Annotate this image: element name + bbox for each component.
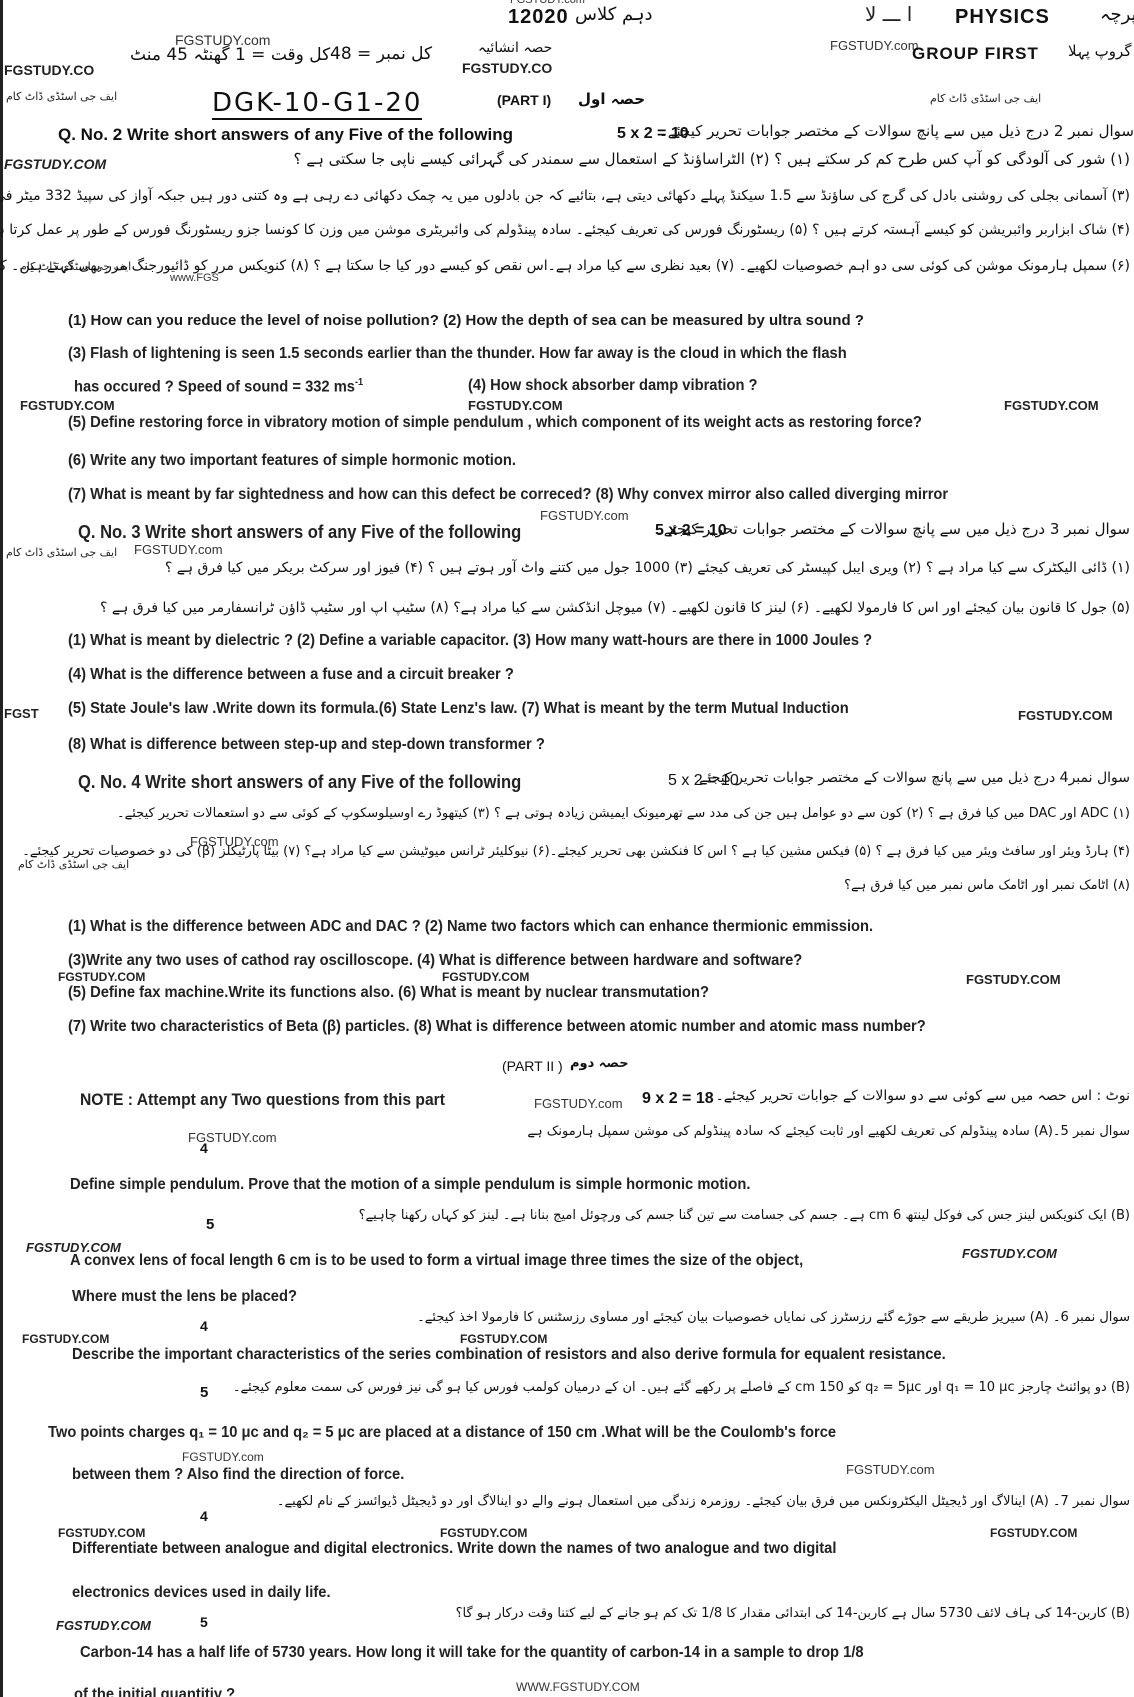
q6b-english: between them ? Also find the direction o… [72,1466,404,1484]
q7b-urdu: (B) کاربن-14 کی ہاف لائف 5730 سال ہے کار… [456,1606,1130,1621]
superscript: -1 [355,377,363,388]
watermark: FGSTUDY.com [830,38,919,53]
section-type: حصہ انشائیہ [478,40,552,56]
q2-heading-urdu: سوال نمبر 2 درج ذیل میں سے پانچ سوالات ک… [659,122,1134,140]
part-label-urdu: حصہ اول [578,90,645,108]
q6a-marks: 4 [200,1318,208,1334]
q2-urdu-line: (۱) شور کی آلودگی کو آپ کس طرح کم کر سکت… [294,150,1130,168]
q6b-english: Two points charges q₁ = 10 μc and q₂ = 5… [48,1424,836,1442]
q2-english-line: (6) Write any two important features of … [68,452,516,470]
q2-english-line: (1) How can you reduce the level of nois… [68,312,864,329]
q3-heading: Q. No. 3 Write short answers of any Five… [78,522,521,543]
q4-english-line: (5) Define fax machine.Write its functio… [68,984,709,1002]
watermark: FGSTUDY.com [534,1096,623,1111]
watermark: FGSTUDY.COM [58,1526,145,1540]
q4-heading: Q. No. 4 Write short answers of any Five… [78,772,521,793]
watermark: FGSTUDY.COM [990,1526,1077,1540]
q7a-english: electronics devices used in daily life. [72,1584,331,1602]
subject-urdu: پرچہ [1100,4,1134,25]
watermark: FGSTUDY.COM [20,398,115,413]
q4-heading-urdu: سوال نمبر4 درج ذیل میں سے پانچ سوالات کے… [699,770,1130,786]
watermark-urdu: ایف جی اسٹڈی ڈاٹ کام [930,92,1041,105]
paper-code: 12020 [508,6,569,29]
watermark: FGST [4,706,39,721]
watermark: FGSTUDY.COM [58,970,145,984]
q2-urdu-line: (۳) آسمانی بجلی کی روشنی بادل کی گرج کی … [0,188,1130,204]
watermark: FGSTUDY.COM [468,398,563,413]
q2-english-line: (7) What is meant by far sightedness and… [68,486,948,504]
watermark: FGSTUDY.COM [962,1246,1057,1261]
watermark: FGSTUDY.COM [4,156,106,172]
group-label: GROUP FIRST [912,44,1039,64]
q2-english-line: (3) Flash of lightening is seen 1.5 seco… [68,345,847,363]
part-label: (PART I) [497,92,551,108]
q5b-english: Where must the lens be placed? [72,1288,297,1306]
watermark: FGSTUDY.CO [462,60,552,76]
q2-heading: Q. No. 2 Write short answers of any Five… [58,125,513,145]
q2-urdu-line: (۴) شاک ابزاربر وائبریشن کو کیسے آہستہ ک… [0,222,1130,238]
q6a-urdu: سوال نمبر 6۔ (A) سیریز طریقے سے جوڑے گئے… [417,1310,1130,1325]
q2-english-line: (4) How shock absorber damp vibration ? [468,377,758,395]
q5b-urdu: (B) ایک کنویکس لینز جس کی فوکل لینتھ 6 c… [359,1208,1130,1223]
q6a-english: Describe the important characteristics o… [72,1346,946,1364]
q6b-marks: 5 [200,1384,208,1401]
watermark-urdu: ایف جی اسٹڈی ڈاٹ کام [18,858,129,871]
q5a-english: Define simple pendulum. Prove that the m… [70,1176,750,1194]
part2-label: (PART II ) [502,1058,563,1074]
q2-urdu-line: (۶) سمپل ہارمونک موشن کی کوئی سی دو اہم … [0,258,1130,274]
watermark: FGSTUDY.COM [1004,398,1099,413]
q5b-marks: 5 [206,1216,214,1233]
watermark: FGSTUDY.com [134,542,223,557]
q3-english-line: (5) State Joule's law .Write down its fo… [68,700,849,718]
watermark: WWW.FGSTUDY.COM [516,1680,640,1694]
watermark: FGSTUDY.com [846,1462,935,1477]
q5a-marks: 4 [200,1140,208,1156]
q7a-marks: 4 [200,1508,208,1524]
q2-english-line: (5) Define restoring force in vibratory … [68,414,922,432]
watermark: FGSTUDY.COM [966,972,1061,987]
group-urdu: گروپ پہلا [1068,42,1131,60]
q7a-urdu: سوال نمبر 7۔ (A) اینالاگ اور ڈیجیٹل الیک… [277,1494,1130,1509]
q3-english-line: (8) What is difference between step-up a… [68,736,545,754]
q6b-urdu: (B) دو پوائنٹ چارجز q₁ = 10 μc اور q₂ = … [233,1380,1130,1395]
q5a-urdu: سوال نمبر 5۔(A) سادہ پینڈولم کی تعریف لک… [527,1124,1130,1139]
q3-english-line: (4) What is the difference between a fus… [68,666,514,684]
subject-title: PHYSICS [955,6,1050,29]
part2-note-urdu: نوٹ : اس حصہ میں سے کوئی سے دو سوالات کے… [716,1088,1130,1104]
watermark: FGSTUDY.COM [22,1332,109,1346]
class-label: دہم کلاس [575,4,653,25]
watermark: FGSTUDY.COM [442,970,529,984]
q4-english-line: (7) Write two characteristics of Beta (β… [68,1018,926,1036]
q7a-english: Differentiate between analogue and digit… [72,1540,836,1558]
watermark: FGSTUDY.COM [440,1526,527,1540]
watermark: FGSTUDY.com [182,1450,264,1464]
scan-border [0,0,3,1697]
part2-label-urdu: حصہ دوم [570,1056,629,1071]
q2-english-text: has occured ? Speed of sound = 332 ms [74,378,355,395]
q7b-english: Carbon-14 has a half life of 5730 years.… [80,1644,864,1662]
handwritten-mark: ا ـــ لا [865,2,912,26]
watermark: FGSTUDY.COM [1018,708,1113,723]
total-time: کل وقت = 1 گھنٹہ 45 منٹ [130,44,330,65]
q2-english-line: has occured ? Speed of sound = 332 ms-1 [74,377,363,396]
q3-heading-urdu: سوال نمبر 3 درج ذیل میں سے پانچ سوالات ک… [655,520,1130,538]
total-marks: کل نمبر = 48 [330,44,432,64]
part2-marks: 9 x 2 = 18 [642,1090,714,1108]
q4-english-line: (3)Write any two uses of cathod ray osci… [68,952,802,970]
q4-urdu-line: (۱) ADC اور DAC میں کیا فرق ہے ؟ (۲) کون… [117,806,1130,821]
watermark: FGSTUDY.COM [56,1618,151,1633]
watermark: FGSTUDY.CO [4,62,94,78]
part2-note: NOTE : Attempt any Two questions from th… [80,1090,445,1110]
q7b-marks: 5 [200,1614,208,1630]
watermark: FGSTUDY.com [540,508,629,523]
q3-urdu-line: (۵) جول کا قانون بیان کیجئے اور اس کا فا… [100,600,1130,616]
q3-urdu-line: (۱) ڈائی الیکٹرک سے کیا مراد ہے ؟ (۲) وی… [165,560,1130,576]
watermark-urdu: ایف جی اسٹڈی ڈاٹ کام [6,546,117,559]
q3-english-line: (1) What is meant by dielectric ? (2) De… [68,632,872,650]
handwritten-code: DGK-10-G1-20 [212,88,422,120]
q7b-english: of the initial quantitiy ? [74,1686,235,1697]
q5b-english: A convex lens of focal length 6 cm is to… [70,1252,803,1270]
q4-urdu-line: (۴) ہارڈ ویئر اور سافٹ ویئر میں کیا فرق … [22,844,1130,859]
q4-urdu-line: (۸) اٹامک نمبر اور اٹامک ماس نمبر میں کی… [844,878,1130,893]
q4-english-line: (1) What is the difference between ADC a… [68,918,873,936]
watermark-urdu: ایف جی اسٹڈی ڈاٹ کام [6,90,117,103]
watermark: FGSTUDY.COM [460,1332,547,1346]
